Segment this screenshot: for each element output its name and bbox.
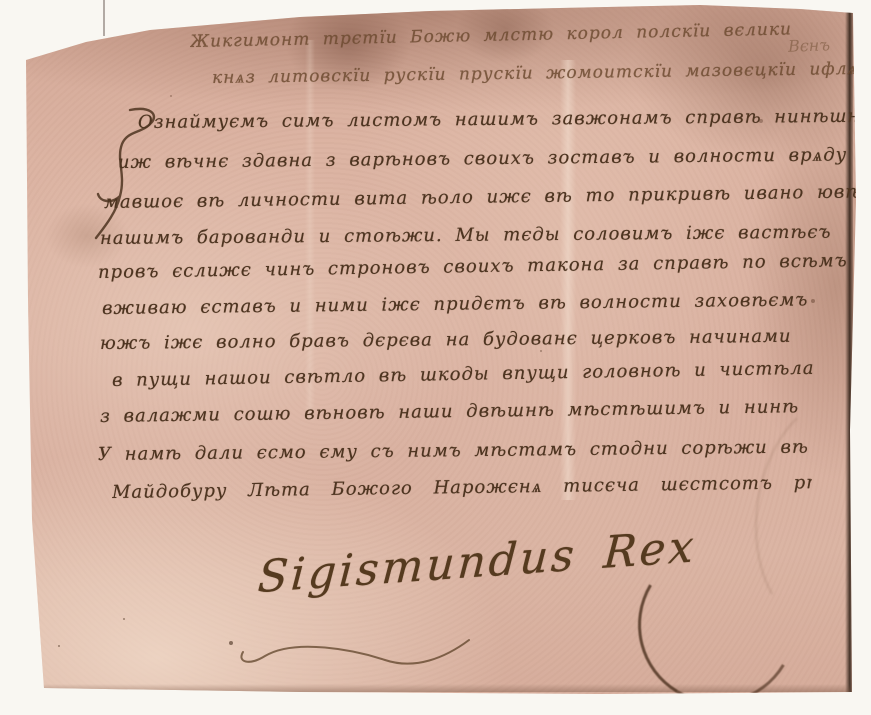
manuscript-line: Ознаймуємъ симъ листомъ нашимъ завжонамъ… (138, 106, 868, 133)
manuscript-line: вживаю єставъ и ними іжє придєтъ вѣ волн… (102, 289, 858, 319)
manuscript-line: провъ єслижє чинъ строновъ своихъ такона… (98, 250, 862, 283)
parchment-sheet: Жикгимонт трєтїи Божю млстю корол полскї… (0, 0, 871, 715)
manuscript-line: нашимъ барованди и стоѣжи. Мы тєды солов… (100, 221, 866, 249)
manuscript-line: з валажми сошю вѣновѣ наши двѣшнѣ мѣстѣш… (100, 395, 868, 427)
manuscript-line: Жикгимонт трєтїи Божю млстю корол полскї… (190, 19, 790, 52)
manuscript-dateline: Майдобуру Лѣта Божого Нарожєнѧ тисєча шє… (112, 472, 812, 503)
manuscript-line: южъ іжє волно бравъ дєрєва на будованє ц… (100, 325, 848, 354)
manuscript-line: мавшоє вѣ личности вита ѣоло ижє вѣ то п… (104, 181, 860, 213)
signature-flourish (235, 600, 475, 670)
royal-signature: Sigismundus Rex (256, 521, 698, 603)
ink-specks (0, 0, 2, 2)
scan-hairline (103, 0, 105, 36)
manuscript-line: иж вѣчнє здавна з варѣновъ своихъ зостав… (118, 144, 863, 173)
faded-corner-fragment: Вєнъ (788, 35, 831, 55)
manuscript-line: в пущи нашои свѣтло вѣ шкоды впущи голов… (112, 357, 858, 391)
scanned-document: Жикгимонт трєтїи Божю млстю корол полскї… (0, 0, 871, 715)
manuscript-line: У намѣ дали єсмо єму съ нимъ мѣстамъ сто… (98, 436, 860, 465)
